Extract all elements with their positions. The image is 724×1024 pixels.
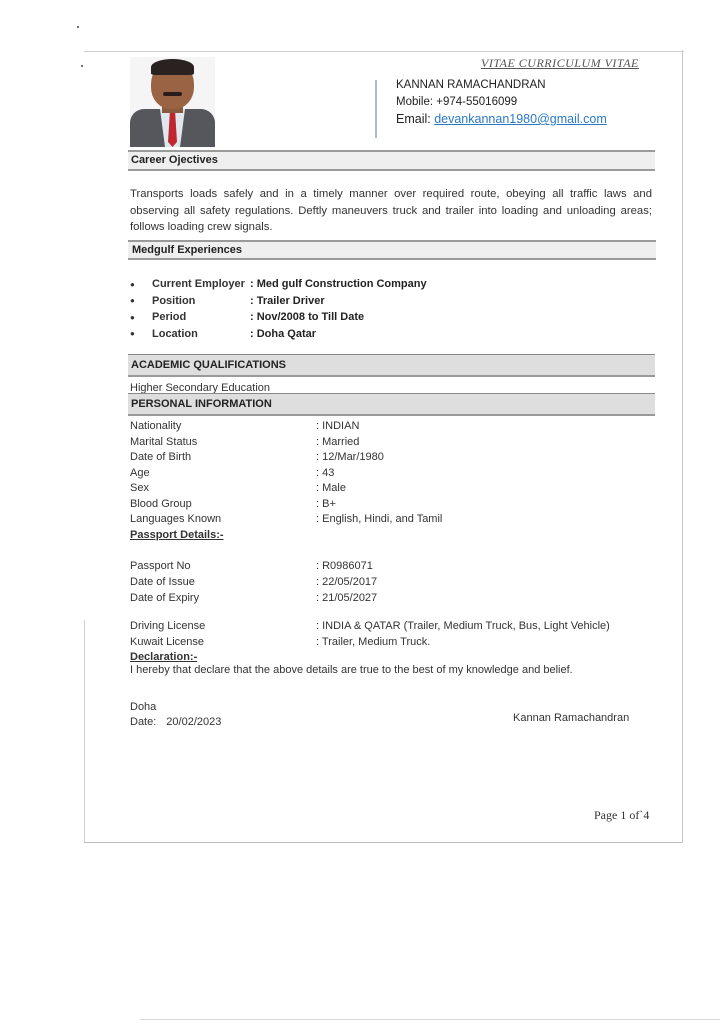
declaration-place: Doha <box>130 701 156 713</box>
section-personal-information: PERSONAL INFORMATION <box>128 393 655 416</box>
scan-speck <box>81 65 83 67</box>
document-title: VITAE CURRICULUM VITAE <box>481 56 639 71</box>
info-row: Languages Known: English, Hindi, and Tam… <box>130 513 650 528</box>
section-medgulf-experiences: Medgulf Experiences <box>128 240 656 260</box>
page-number: Page 1 of`4 <box>594 808 649 823</box>
list-item: ●Position: Trailer Driver <box>130 293 427 310</box>
bullet-icon: ● <box>130 313 152 322</box>
signature-name: Kannan Ramachandran <box>513 712 629 724</box>
list-item: ●Location: Doha Qatar <box>130 326 427 343</box>
info-row: Sex: Male <box>130 482 650 497</box>
section-academic-qualifications: ACADEMIC QUALIFICATIONS <box>128 354 655 377</box>
list-item: ●Current Employer: Med gulf Construction… <box>130 276 427 293</box>
info-row: Passport No: R0986071 <box>130 560 650 575</box>
info-row: Driving License: INDIA & QATAR (Trailer,… <box>130 620 650 635</box>
info-row: Date of Birth: 12/Mar/1980 <box>130 451 650 466</box>
scan-bottom-edge <box>140 1019 720 1020</box>
declaration-date: Date:20/02/2023 <box>130 716 221 728</box>
mobile-number: Mobile: +974-55016099 <box>396 96 517 108</box>
email-label: Email: <box>396 112 434 126</box>
info-row: Marital Status: Married <box>130 436 650 451</box>
bullet-icon: ● <box>130 280 152 289</box>
declaration-text: I hereby that declare that the above det… <box>130 664 573 676</box>
info-row: Age: 43 <box>130 467 650 482</box>
career-objective-text: Transports loads safely and in a timely … <box>130 186 652 236</box>
info-row: Date of Expiry: 21/05/2027 <box>130 592 650 607</box>
info-row: Nationality: INDIAN <box>130 420 650 435</box>
header-divider <box>375 80 377 138</box>
section-career-objectives: Career Ojectives <box>128 150 655 171</box>
list-item: ●Period: Nov/2008 to Till Date <box>130 309 427 326</box>
info-row: Date of Issue: 22/05/2017 <box>130 576 650 591</box>
experience-list: ●Current Employer: Med gulf Construction… <box>130 276 427 342</box>
email-line: Email: devankannan1980@gmail.com <box>396 112 607 126</box>
page-left-edge <box>84 620 85 842</box>
info-row: Kuwait License: Trailer, Medium Truck. <box>130 636 650 651</box>
profile-photo <box>130 57 215 147</box>
bullet-icon: ● <box>130 296 152 305</box>
info-row: Blood Group: B+ <box>130 498 650 513</box>
passport-details-heading: Passport Details:- <box>130 529 650 544</box>
bullet-icon: ● <box>130 329 152 338</box>
scan-speck <box>77 26 79 28</box>
email-link[interactable]: devankannan1980@gmail.com <box>434 112 607 126</box>
candidate-name: KANNAN RAMACHANDRAN <box>396 79 546 91</box>
